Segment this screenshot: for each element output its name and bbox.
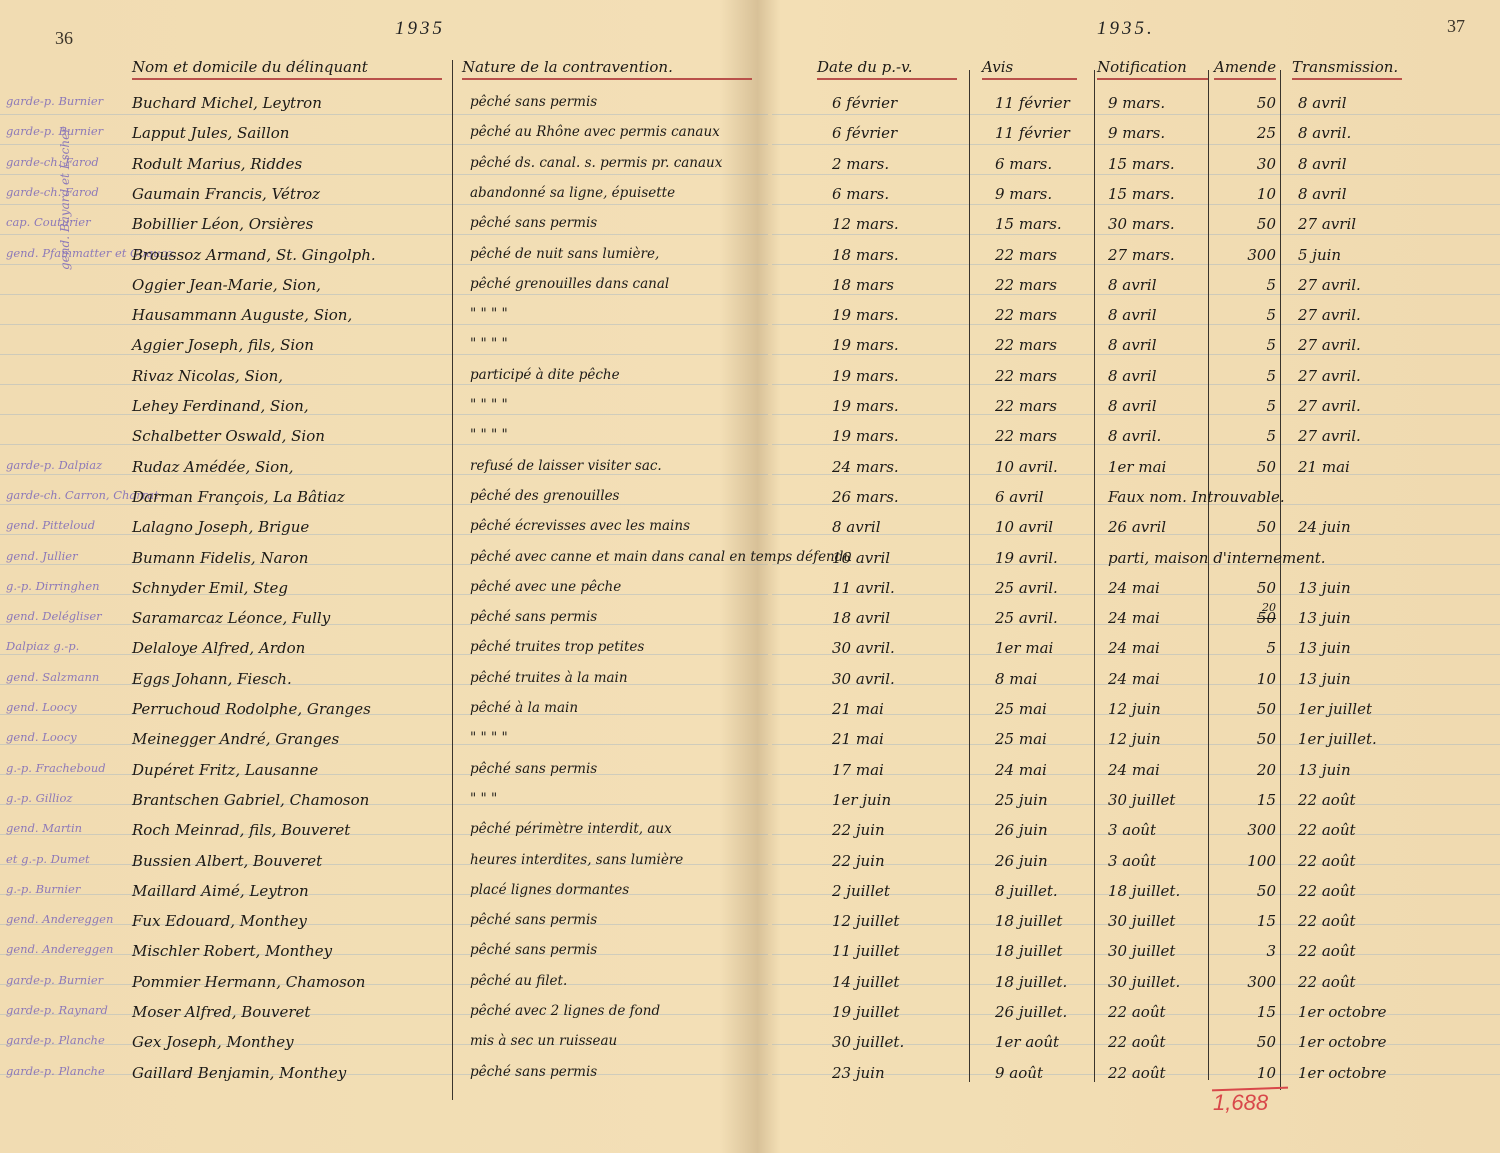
- transmission-date: 22 août: [1298, 821, 1356, 839]
- offense: pêché truites trop petites: [470, 639, 644, 655]
- avis-date: 15 mars.: [995, 215, 1062, 233]
- transmission-date: 22 août: [1298, 912, 1356, 930]
- offender-name: Bobillier Léon, Orsières: [132, 215, 313, 233]
- avis-date: 26 juillet.: [995, 1003, 1067, 1021]
- offender-name: Moser Alfred, Bouveret: [132, 1003, 310, 1021]
- notification-date: 8 avril: [1108, 276, 1157, 294]
- avis-date: 10 avril.: [995, 458, 1058, 476]
- notification-date: 22 août: [1108, 1064, 1166, 1082]
- pv-date: 8 avril: [832, 518, 881, 536]
- offender-name: Bumann Fidelis, Naron: [132, 549, 308, 567]
- offender-name: Broussoz Armand, St. Gingolph.: [132, 246, 376, 264]
- transmission-date: 27 avril.: [1298, 306, 1361, 324]
- transmission-date: 13 juin: [1298, 579, 1351, 597]
- notification-date: 24 mai: [1108, 579, 1160, 597]
- offender-name: Schnyder Emil, Steg: [132, 579, 288, 597]
- pv-date: 19 mars.: [832, 397, 899, 415]
- notification-date: 3 août: [1108, 852, 1156, 870]
- offender-name: Saramarcaz Léonce, Fully: [132, 609, 330, 627]
- amende-amount: 20: [1212, 761, 1276, 779]
- avis-date: 22 mars: [995, 427, 1057, 445]
- avis-date: 8 juillet.: [995, 882, 1058, 900]
- pv-date: 6 mars.: [832, 185, 889, 203]
- offender-name: Bussien Albert, Bouveret: [132, 852, 322, 870]
- offender-name: Meinegger André, Granges: [132, 730, 339, 748]
- avis-date: 8 mai: [995, 670, 1037, 688]
- amende-amount: 50: [1212, 579, 1276, 597]
- offender-name: Darman François, La Bâtiaz: [132, 488, 345, 506]
- offender-name: Lehey Ferdinand, Sion,: [132, 397, 309, 415]
- amende-amount: 5: [1212, 427, 1276, 445]
- ledger-row: garde-p. Planche Gaillard Benjamin, Mont…: [0, 1058, 1500, 1088]
- offender-name: Gaillard Benjamin, Monthey: [132, 1064, 346, 1082]
- offense: " " " ": [470, 427, 508, 443]
- ledger-row: gend. Loocy Meinegger André, Granges " "…: [0, 724, 1500, 754]
- ledger-row: garde-ch. Carron, Charrat Darman Françoi…: [0, 482, 1500, 512]
- transmission-date: 22 août: [1298, 882, 1356, 900]
- amende-amount: 25: [1212, 124, 1276, 142]
- notification-date: 8 avril: [1108, 336, 1157, 354]
- ledger-row: garde-p. Burnier Lapput Jules, Saillon p…: [0, 118, 1500, 148]
- avis-date: 22 mars: [995, 336, 1057, 354]
- offender-name: Lapput Jules, Saillon: [132, 124, 289, 142]
- ledger-row: garde-ch. Farod Rodult Marius, Riddes pê…: [0, 149, 1500, 179]
- avis-date: 25 juin: [995, 791, 1048, 809]
- notification-date: 22 août: [1108, 1003, 1166, 1021]
- agent-note: cap. Couturier: [6, 215, 130, 229]
- offender-name: Perruchoud Rodolphe, Granges: [132, 700, 371, 718]
- avis-date: 18 juillet: [995, 912, 1062, 930]
- notification-date: 8 avril: [1108, 397, 1157, 415]
- transmission-date: 27 avril: [1298, 215, 1356, 233]
- ledger-row: gend. Andereggen Fux Edouard, Monthey pê…: [0, 906, 1500, 936]
- ledger-row: Oggier Jean-Marie, Sion, pêché grenouill…: [0, 270, 1500, 300]
- ledger-row: garde-p. Burnier Buchard Michel, Leytron…: [0, 88, 1500, 118]
- transmission-date: 27 avril.: [1298, 397, 1361, 415]
- transmission-date: 27 avril.: [1298, 367, 1361, 385]
- transmission-date: 13 juin: [1298, 639, 1351, 657]
- notification-date: 24 mai: [1108, 639, 1160, 657]
- notification-date: 30 juillet: [1108, 912, 1175, 930]
- avis-date: 19 avril.: [995, 549, 1058, 567]
- offender-name: Rodult Marius, Riddes: [132, 155, 302, 173]
- amende-amount: 50: [1212, 94, 1276, 112]
- agent-note: gend. Martin: [6, 821, 130, 835]
- pv-date: 18 avril: [832, 609, 890, 627]
- agent-note: gend. Loocy: [6, 700, 130, 714]
- offender-name: Rudaz Amédée, Sion,: [132, 458, 294, 476]
- avis-date: 9 mars.: [995, 185, 1052, 203]
- notification-date: 1er mai: [1108, 458, 1166, 476]
- offender-name: Mischler Robert, Monthey: [132, 942, 332, 960]
- ledger-row: Aggier Joseph, fils, Sion " " " " 19 mar…: [0, 330, 1500, 360]
- amende-amount: 30: [1212, 155, 1276, 173]
- offender-name: Roch Meinrad, fils, Bouveret: [132, 821, 350, 839]
- pv-date: 2 juillet: [832, 882, 890, 900]
- amende-amount: 5: [1212, 367, 1276, 385]
- transmission-date: 1er octobre: [1298, 1064, 1387, 1082]
- agent-note: gend. Pfammatter et Coquoz.: [6, 246, 130, 260]
- avis-date: 22 mars: [995, 367, 1057, 385]
- ledger-row: Schalbetter Oswald, Sion " " " " 19 mars…: [0, 421, 1500, 451]
- notification-date: 24 mai: [1108, 609, 1160, 627]
- transmission-date: 13 juin: [1298, 609, 1351, 627]
- pv-date: 23 juin: [832, 1064, 885, 1082]
- offense: " " ": [470, 791, 497, 807]
- amende-amount: 50: [1212, 458, 1276, 476]
- agent-note: Dalpiaz g.-p.: [6, 639, 130, 653]
- transmission-date: 27 avril.: [1298, 427, 1361, 445]
- agent-note: gend. Andereggen: [6, 942, 130, 956]
- ledger-row: et g.-p. Dumet Bussien Albert, Bouveret …: [0, 846, 1500, 876]
- amende-amount: 2050: [1212, 609, 1276, 627]
- transmission-date: 8 avril: [1298, 185, 1347, 203]
- amende-amount: 5: [1212, 276, 1276, 294]
- notification-date: 22 août: [1108, 1033, 1166, 1051]
- ledger-row: gend. Jullier Bumann Fidelis, Naron pêch…: [0, 543, 1500, 573]
- transmission-date: 8 avril: [1298, 155, 1347, 173]
- transmission-date: 8 avril: [1298, 94, 1347, 112]
- offender-name: Lalagno Joseph, Brigue: [132, 518, 309, 536]
- pv-date: 19 juillet: [832, 1003, 899, 1021]
- pv-date: 19 mars.: [832, 367, 899, 385]
- transmission-date: 1er octobre: [1298, 1003, 1387, 1021]
- agent-note: g.-p. Dirringhen: [6, 579, 130, 593]
- avis-date: 1er mai: [995, 639, 1053, 657]
- pv-date: 11 avril.: [832, 579, 895, 597]
- pv-date: 14 juillet: [832, 973, 899, 991]
- offender-name: Brantschen Gabriel, Chamoson: [132, 791, 369, 809]
- ledger-row: cap. Couturier Bobillier Léon, Orsières …: [0, 209, 1500, 239]
- offense: pêché ds. canal. s. permis pr. canaux: [470, 155, 722, 171]
- ledger-row: garde-ch. Farod Gaumain Francis, Vétroz …: [0, 179, 1500, 209]
- amende-correction: 20: [1262, 601, 1276, 614]
- year-right: 1935.: [1097, 18, 1155, 40]
- amende-amount: 5: [1212, 336, 1276, 354]
- avis-date: 9 août: [995, 1064, 1043, 1082]
- avis-date: 25 avril.: [995, 609, 1058, 627]
- pv-date: 18 mars: [832, 276, 894, 294]
- agent-note: garde-p. Planche: [6, 1064, 130, 1078]
- avis-date: 6 avril: [995, 488, 1044, 506]
- header-amende: Amende: [1214, 58, 1276, 80]
- notification-date: 12 juin: [1108, 700, 1161, 718]
- offender-name: Dupéret Fritz, Lausanne: [132, 761, 318, 779]
- offense: refusé de laisser visiter sac.: [470, 458, 662, 474]
- offense: participé à dite pêche: [470, 367, 620, 383]
- pv-date: 18 mars.: [832, 246, 899, 264]
- avis-date: 11 février: [995, 124, 1070, 142]
- amende-total: 1,688: [1213, 1090, 1268, 1116]
- agent-note: garde-p. Burnier: [6, 94, 130, 108]
- avis-date: 18 juillet.: [995, 973, 1067, 991]
- offense: placé lignes dormantes: [470, 882, 629, 898]
- offender-name: Schalbetter Oswald, Sion: [132, 427, 325, 445]
- notification-date: parti, maison d'internement.: [1108, 549, 1326, 567]
- ledger-row: Lehey Ferdinand, Sion, " " " " 19 mars. …: [0, 391, 1500, 421]
- avis-date: 26 juin: [995, 852, 1048, 870]
- year-left: 1935: [395, 18, 445, 40]
- agent-note: gend. Jullier: [6, 549, 130, 563]
- amende-amount: 15: [1212, 1003, 1276, 1021]
- pv-date: 17 mai: [832, 761, 884, 779]
- offender-name: Fux Edouard, Monthey: [132, 912, 307, 930]
- pv-date: 21 mai: [832, 700, 884, 718]
- notification-date: 30 juillet.: [1108, 973, 1180, 991]
- pv-date: 22 juin: [832, 821, 885, 839]
- offense: pêché au filet.: [470, 973, 567, 989]
- offense: heures interdites, sans lumière: [470, 852, 683, 868]
- notification-date: 18 juillet.: [1108, 882, 1180, 900]
- offense: " " " ": [470, 336, 508, 352]
- avis-date: 22 mars: [995, 246, 1057, 264]
- transmission-date: 22 août: [1298, 852, 1356, 870]
- avis-date: 22 mars: [995, 397, 1057, 415]
- pv-date: 24 mars.: [832, 458, 899, 476]
- agent-note: garde-p. Planche: [6, 1033, 130, 1047]
- offender-name: Delaloye Alfred, Ardon: [132, 639, 305, 657]
- avis-date: 1er août: [995, 1033, 1059, 1051]
- offense: abandonné sa ligne, épuisette: [470, 185, 675, 201]
- pv-date: 16 avril: [832, 549, 890, 567]
- offender-name: Gex Joseph, Monthey: [132, 1033, 294, 1051]
- offense: pêché avec une pêche: [470, 579, 621, 595]
- pv-date: 6 février: [832, 94, 897, 112]
- notification-date: 8 avril.: [1108, 427, 1161, 445]
- ledger-row: Dalpiaz g.-p. Delaloye Alfred, Ardon pêc…: [0, 633, 1500, 663]
- pv-date: 19 mars.: [832, 306, 899, 324]
- ledger-row: g.-p. Gillioz Brantschen Gabriel, Chamos…: [0, 785, 1500, 815]
- header-avis: Avis: [982, 58, 1077, 80]
- notification-date: 27 mars.: [1108, 246, 1175, 264]
- pv-date: 22 juin: [832, 852, 885, 870]
- ledger-row: gend. Martin Roch Meinrad, fils, Bouvere…: [0, 815, 1500, 845]
- header-notification: Notification: [1097, 58, 1209, 80]
- transmission-date: 22 août: [1298, 973, 1356, 991]
- offense: pêché sans permis: [470, 912, 597, 928]
- pv-date: 30 juillet.: [832, 1033, 904, 1051]
- amende-amount: 100: [1212, 852, 1276, 870]
- ledger-row: gend. Andereggen Mischler Robert, Monthe…: [0, 936, 1500, 966]
- notification-date: 24 mai: [1108, 761, 1160, 779]
- page-number-right: 37: [1447, 16, 1465, 37]
- pv-date: 12 juillet: [832, 912, 899, 930]
- amende-amount: 50: [1212, 215, 1276, 233]
- header-date: Date du p.-v.: [817, 58, 957, 80]
- notification-date: 3 août: [1108, 821, 1156, 839]
- offense: pêché périmètre interdit, aux: [470, 821, 672, 837]
- amende-amount: 15: [1212, 912, 1276, 930]
- ledger-row: gend. Loocy Perruchoud Rodolphe, Granges…: [0, 694, 1500, 724]
- offender-name: Pommier Hermann, Chamoson: [132, 973, 365, 991]
- pv-date: 26 mars.: [832, 488, 899, 506]
- transmission-date: 1er octobre: [1298, 1033, 1387, 1051]
- offense: pêché des grenouilles: [470, 488, 620, 504]
- notification-date: 15 mars.: [1108, 155, 1175, 173]
- agent-note: gend. Andereggen: [6, 912, 130, 926]
- header-name: Nom et domicile du délinquant: [132, 58, 442, 80]
- pv-date: 19 mars.: [832, 336, 899, 354]
- offender-name: Rivaz Nicolas, Sion,: [132, 367, 283, 385]
- agent-note: garde-ch. Farod: [6, 185, 130, 199]
- amende-amount: 50: [1212, 1033, 1276, 1051]
- agent-note: garde-p. Burnier: [6, 973, 130, 987]
- transmission-date: 27 avril.: [1298, 336, 1361, 354]
- pv-date: 1er juin: [832, 791, 891, 809]
- offense: pêché sans permis: [470, 1064, 597, 1080]
- offense: pêché de nuit sans lumière,: [470, 246, 659, 262]
- agent-note: g.-p. Burnier: [6, 882, 130, 896]
- avis-date: 25 avril.: [995, 579, 1058, 597]
- pv-date: 21 mai: [832, 730, 884, 748]
- pv-date: 6 février: [832, 124, 897, 142]
- ledger-row: garde-p. Raynard Moser Alfred, Bouveret …: [0, 997, 1500, 1027]
- amende-amount: 5: [1212, 639, 1276, 657]
- offender-name: Buchard Michel, Leytron: [132, 94, 322, 112]
- notification-date: 15 mars.: [1108, 185, 1175, 203]
- pv-date: 2 mars.: [832, 155, 889, 173]
- amende-amount: 300: [1212, 246, 1276, 264]
- offense: pêché sans permis: [470, 609, 597, 625]
- amende-amount: 3: [1212, 942, 1276, 960]
- transmission-date: 5 juin: [1298, 246, 1341, 264]
- notification-date: Faux nom. Introuvable.: [1108, 488, 1285, 506]
- notification-date: 30 juillet: [1108, 942, 1175, 960]
- agent-note: garde-ch. Carron, Charrat: [6, 488, 130, 502]
- pv-date: 12 mars.: [832, 215, 899, 233]
- ledger-spread: 36 1935 Nom et domicile du délinquant Na…: [0, 0, 1500, 1153]
- transmission-date: 8 avril.: [1298, 124, 1351, 142]
- offense: " " " ": [470, 306, 508, 322]
- agent-note: garde-p. Burnier: [6, 124, 130, 138]
- pv-date: 11 juillet: [832, 942, 899, 960]
- notification-date: 8 avril: [1108, 306, 1157, 324]
- page-number-left: 36: [55, 28, 73, 49]
- agent-note: et g.-p. Dumet: [6, 852, 130, 866]
- offense: pêché au Rhône avec permis canaux: [470, 124, 720, 140]
- offense: pêché grenouilles dans canal: [470, 276, 669, 292]
- amende-amount: 10: [1212, 670, 1276, 688]
- avis-date: 24 mai: [995, 761, 1047, 779]
- offender-name: Oggier Jean-Marie, Sion,: [132, 276, 321, 294]
- header-transmission: Transmission.: [1292, 58, 1402, 80]
- amende-amount: 50: [1212, 882, 1276, 900]
- transmission-date: 27 avril.: [1298, 276, 1361, 294]
- amende-amount: 300: [1212, 973, 1276, 991]
- offense: pêché à la main: [470, 700, 578, 716]
- transmission-date: 1er juillet: [1298, 700, 1372, 718]
- pv-date: 30 avril.: [832, 639, 895, 657]
- agent-note: garde-p. Dalpiaz: [6, 458, 130, 472]
- amende-amount: 15: [1212, 791, 1276, 809]
- offense: pêché sans permis: [470, 215, 597, 231]
- offender-name: Eggs Johann, Fiesch.: [132, 670, 292, 688]
- transmission-date: 21 mai: [1298, 458, 1350, 476]
- avis-date: 22 mars: [995, 306, 1057, 324]
- notification-date: 9 mars.: [1108, 94, 1165, 112]
- transmission-date: 1er juillet.: [1298, 730, 1377, 748]
- avis-date: 18 juillet: [995, 942, 1062, 960]
- agent-note: g.-p. Gillioz: [6, 791, 130, 805]
- notification-date: 30 juillet: [1108, 791, 1175, 809]
- offense: pêché avec 2 lignes de fond: [470, 1003, 660, 1019]
- offense: pêché écrevisses avec les mains: [470, 518, 690, 534]
- offense: pêché sans permis: [470, 942, 597, 958]
- amende-amount: 5: [1212, 306, 1276, 324]
- offender-name: Hausammann Auguste, Sion,: [132, 306, 352, 324]
- ledger-row: garde-p. Burnier Pommier Hermann, Chamos…: [0, 967, 1500, 997]
- transmission-date: 24 juin: [1298, 518, 1351, 536]
- offense: pêché truites à la main: [470, 670, 628, 686]
- ledger-row: garde-p. Planche Gex Joseph, Monthey mis…: [0, 1027, 1500, 1057]
- avis-date: 6 mars.: [995, 155, 1052, 173]
- ledger-row: gend. Pfammatter et Coquoz. Broussoz Arm…: [0, 240, 1500, 270]
- header-offense: Nature de la contravention.: [462, 58, 752, 80]
- offender-name: Maillard Aimé, Leytron: [132, 882, 309, 900]
- ledger-row: gend. Delégliser Saramarcaz Léonce, Full…: [0, 603, 1500, 633]
- ledger-row: Hausammann Auguste, Sion, " " " " 19 mar…: [0, 300, 1500, 330]
- agent-note: g.-p. Fracheboud: [6, 761, 130, 775]
- notification-date: 12 juin: [1108, 730, 1161, 748]
- offense: mis à sec un ruisseau: [470, 1033, 617, 1049]
- agent-note: gend. Delégliser: [6, 609, 130, 623]
- avis-date: 10 avril: [995, 518, 1053, 536]
- notification-date: 26 avril: [1108, 518, 1166, 536]
- amende-amount: 300: [1212, 821, 1276, 839]
- pv-date: 30 avril.: [832, 670, 895, 688]
- avis-date: 26 juin: [995, 821, 1048, 839]
- amende-amount: 10: [1212, 1064, 1276, 1082]
- notification-date: 30 mars.: [1108, 215, 1175, 233]
- offense: " " " ": [470, 730, 508, 746]
- offense: pêché avec canne et main dans canal en t…: [470, 549, 852, 565]
- amende-amount: 50: [1212, 518, 1276, 536]
- ledger-row: Rivaz Nicolas, Sion, participé à dite pê…: [0, 361, 1500, 391]
- transmission-date: 13 juin: [1298, 761, 1351, 779]
- notification-date: 24 mai: [1108, 670, 1160, 688]
- ledger-row: gend. Pitteloud Lalagno Joseph, Brigue p…: [0, 512, 1500, 542]
- amende-amount: 10: [1212, 185, 1276, 203]
- pv-date: 19 mars.: [832, 427, 899, 445]
- ledger-row: g.-p. Burnier Maillard Aimé, Leytron pla…: [0, 876, 1500, 906]
- ledger-row: gend. Salzmann Eggs Johann, Fiesch. pêch…: [0, 664, 1500, 694]
- agent-note: gend. Pitteloud: [6, 518, 130, 532]
- avis-date: 25 mai: [995, 730, 1047, 748]
- notification-date: 8 avril: [1108, 367, 1157, 385]
- amende-amount: 50: [1212, 700, 1276, 718]
- offender-name: Gaumain Francis, Vétroz: [132, 185, 320, 203]
- ledger-row: g.-p. Dirringhen Schnyder Emil, Steg pêc…: [0, 573, 1500, 603]
- offense: pêché sans permis: [470, 94, 597, 110]
- amende-amount: 50: [1212, 730, 1276, 748]
- agent-note: gend. Loocy: [6, 730, 130, 744]
- ledger-row: garde-p. Dalpiaz Rudaz Amédée, Sion, ref…: [0, 452, 1500, 482]
- offense: pêché sans permis: [470, 761, 597, 777]
- agent-note: garde-ch. Farod: [6, 155, 130, 169]
- agent-note: garde-p. Raynard: [6, 1003, 130, 1017]
- notification-date: 9 mars.: [1108, 124, 1165, 142]
- transmission-date: 22 août: [1298, 942, 1356, 960]
- avis-date: 11 février: [995, 94, 1070, 112]
- amende-amount: 5: [1212, 397, 1276, 415]
- offense: " " " ": [470, 397, 508, 413]
- transmission-date: 13 juin: [1298, 670, 1351, 688]
- avis-date: 25 mai: [995, 700, 1047, 718]
- avis-date: 22 mars: [995, 276, 1057, 294]
- offender-name: Aggier Joseph, fils, Sion: [132, 336, 314, 354]
- transmission-date: 22 août: [1298, 791, 1356, 809]
- agent-note: gend. Salzmann: [6, 670, 130, 684]
